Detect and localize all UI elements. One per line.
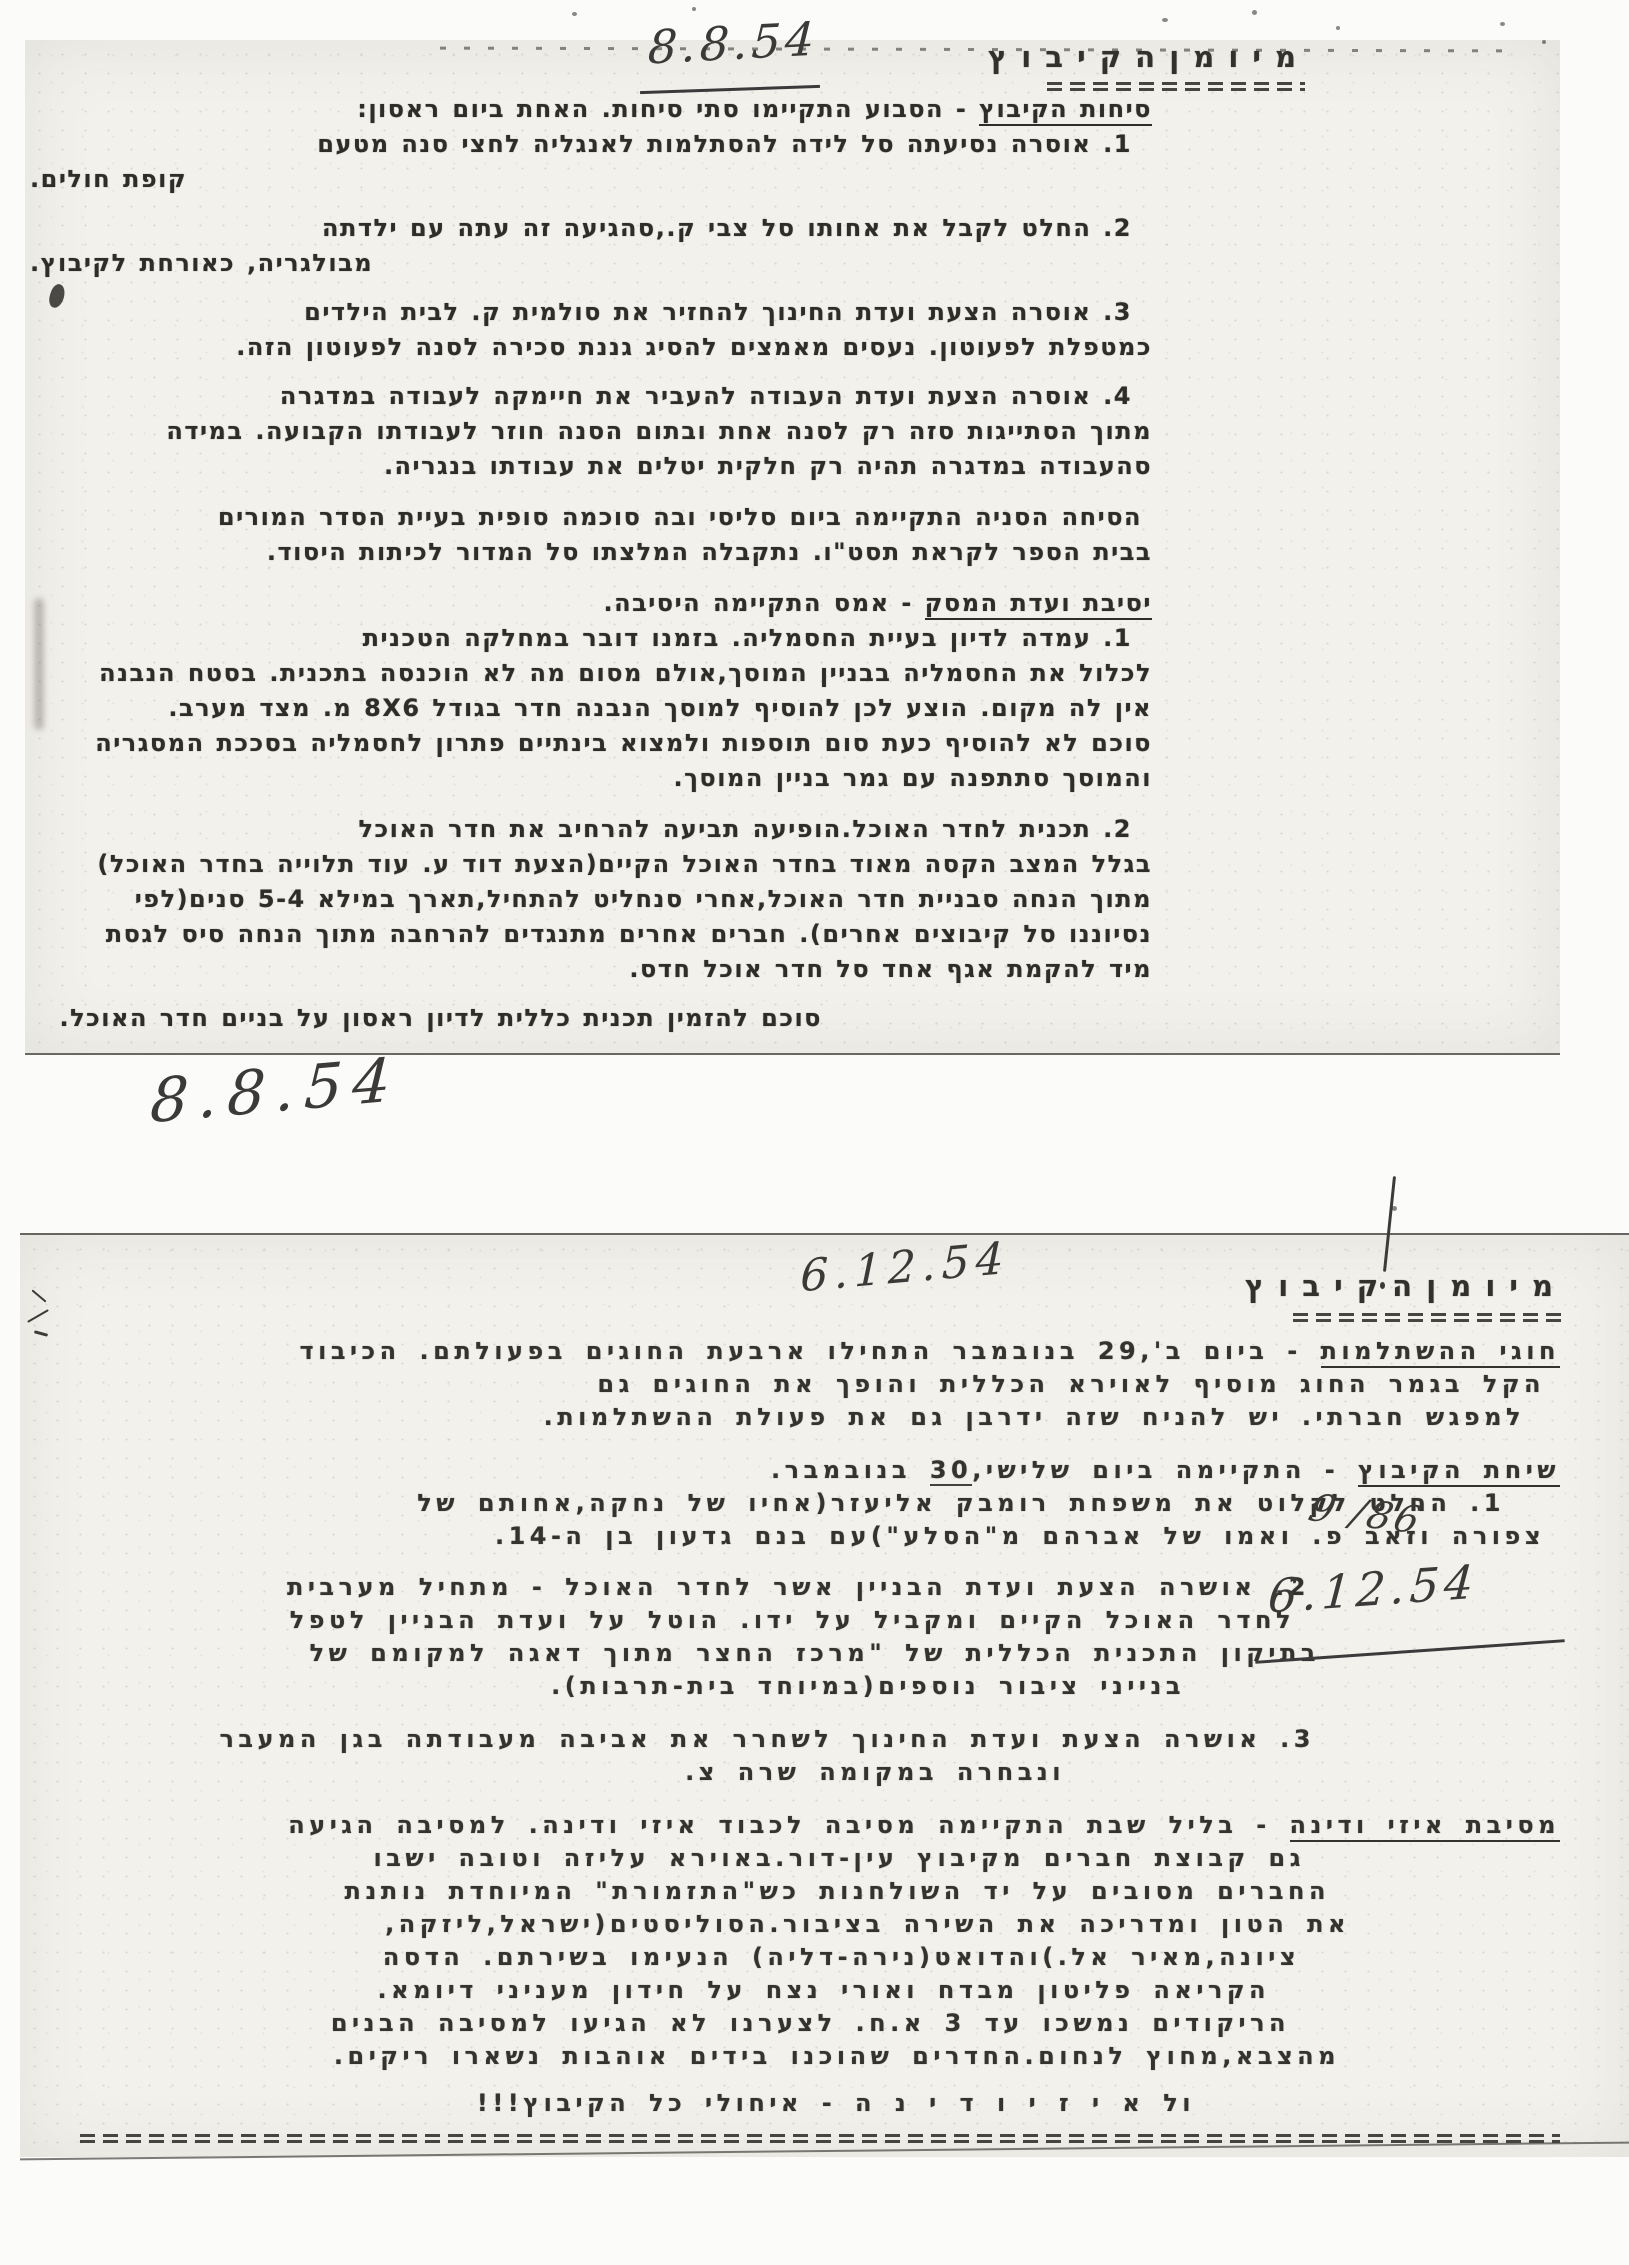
text-line: מהצבא,מחוץ לנחום.החדרים שהוכנו בידים אוה… (65, 2040, 1560, 2073)
text-segment: בתיקון התכנית הכללית של "מרכז החצר מתוך … (310, 1639, 1320, 1667)
text-segment: 1. אוסרה נסיעתה סל לידה להסתלמות לאנגליה… (317, 130, 1132, 158)
text-line: סוכם לא להוסיף כעת סום תוספות ולמצוא בינ… (30, 726, 1152, 761)
text-segment: - ביום ב',29 בנובמבר התחילו ארבעת החוגים… (300, 1337, 1321, 1365)
text-line: הקריאה פליטון מבדח ואורי נצח על חידון מע… (65, 1974, 1560, 2007)
text-line: 2. החלט לקבל את אחותו סל צבי ק.,סהגיעה ז… (30, 211, 1152, 246)
journal-title: מ י ו מ ן ה ק י ב ו ץ (1245, 1269, 1555, 1303)
text-line: לכלול את החסמליה בבניין המוסך,אולם מסום … (30, 656, 1152, 691)
text-line: 2. תכנית לחדר האוכל.הופיעה תביעה להרחיב … (30, 812, 1152, 847)
text-line: ונבחרה במקומה שרה צ. (65, 1756, 1560, 1789)
text-line: בגלל המצב הקסה מאוד בחדר האוכל הקיים(הצע… (30, 847, 1152, 882)
typed-text: חוגי ההשתלמות - ביום ב',29 בנובמבר התחיל… (65, 1335, 1560, 2144)
ink-speck (1162, 18, 1168, 22)
text-segment: 1. עמדה לדיון בעיית החסמליה. בזמנו דובר … (363, 624, 1132, 652)
text-segment: סהעבודה במדגרה תהיה רק חלקית יטלים את עב… (384, 452, 1152, 480)
text-line: הקל בגמר החוג מוסיף לאוירא הכללית והופך … (65, 1368, 1560, 1401)
text-segment: 2. אושרה הצעת ועדת הבניין אשר לחדר האוכל… (287, 1573, 1310, 1601)
ink-speck (1542, 40, 1546, 44)
text-segment: 3. אוסרה הצעת ועדת החינוך להחזיר את סולמ… (304, 298, 1132, 326)
text-line: מבולגריה, כאורחת לקיבוץ. (30, 246, 1152, 281)
text-segment: מתוך הנחה סבניית חדר האוכל,אחרי סנחליט ל… (135, 885, 1152, 913)
text-segment: סוכם לא להוסיף כעת סום תוספות ולמצוא בינ… (95, 729, 1152, 757)
section-heading: סיחות הקיבוץ (979, 95, 1152, 126)
text-segment: לחדר האוכל הקיים ומקביל על ידו. הוטל על … (290, 1606, 1295, 1634)
text-line: סהעבודה במדגרה תהיה רק חלקית יטלים את עב… (30, 449, 1152, 484)
scan-page-1: מ י ו מ ן ה ק י ב ו ץ סיחות הקיבוץ - הסב… (25, 40, 1560, 1055)
ink-smudge (34, 598, 44, 730)
text-line: אין לה מקום. הוצע לכן להוסיף למוסך הנבנה… (30, 691, 1152, 726)
text-segment: ול א י ז י ו ד י נ ה - איחולי כל הקיבוץ!… (477, 2089, 1195, 2117)
text-line: מתוך הנחה סבניית חדר האוכל,אחרי סנחליט ל… (30, 882, 1152, 917)
scanned-kibbutz-journal: { "block1": { "title": "מ י ו מ ן ה ק י … (0, 0, 1629, 2265)
text-line: ציונה,מאיר אל.)והדואט(נירה-דליה) הנעימו … (65, 1941, 1560, 1974)
text-line: 1. אוסרה נסיעתה סל לידה להסתלמות לאנגליה… (30, 127, 1152, 162)
text-line: חוגי ההשתלמות - ביום ב',29 בנובמבר התחיל… (65, 1335, 1560, 1368)
section-heading: חוגי ההשתלמות (1321, 1337, 1560, 1368)
text-segment: נסיוננו סל קיבוצים אחרים). חברים אחרים מ… (106, 920, 1152, 948)
text-line: 4. אוסרה הצעת ועדת העבודה להעביר את חיימ… (30, 379, 1152, 414)
text-line: נסיוננו סל קיבוצים אחרים). חברים אחרים מ… (30, 917, 1152, 952)
section-heading: מסיבת איזי ודינה (1290, 1811, 1560, 1842)
text-segment: הסיחה הסניה התקיימה ביום סליסי ובה סוכמה… (218, 503, 1142, 531)
text-line: כמטפלת לפעוטון. נעסים מאמצים להסיג גננת … (30, 330, 1152, 365)
end-divider (80, 2134, 1560, 2144)
text-segment: גם קבוצת חברים מקיבוץ עין-דור.באוירא עלי… (374, 1844, 1305, 1872)
text-segment: ציונה,מאיר אל.)והדואט(נירה-דליה) הנעימו … (383, 1943, 1300, 1971)
text-segment: לכלול את החסמליה בבניין המוסך,אולם מסום … (99, 659, 1152, 687)
text-segment: - אמס התקיימה היסיבה. (603, 589, 924, 617)
text-line: את הטון ומדריכה את השירה בציבור.הסוליסטי… (65, 1908, 1560, 1941)
text-segment: 3. אושרה הצעת ועדת החינוך לשחרר את אביבה… (219, 1725, 1315, 1753)
text-segment: הריקודים נמשכו עד 3 א.ח. לצערנו לא הגיעו… (331, 2009, 1290, 2037)
text-segment: והמוסך סתתפנה עם גמר בניין המוסך. (673, 764, 1152, 792)
double-dash-underline (1293, 1313, 1561, 1323)
ink-speck (1336, 26, 1340, 30)
text-line: סיחות הקיבוץ - הסבוע התקיימו סתי סיחות. … (30, 92, 1152, 127)
text-segment: 30 (930, 1456, 972, 1486)
typed-text: סיחות הקיבוץ - הסבוע התקיימו סתי סיחות. … (30, 92, 1152, 1036)
text-segment: בנייני ציבור נוספים(במיוחד בית-תרבות). (551, 1672, 1185, 1700)
text-segment: קופת חולים. (30, 165, 187, 193)
ink-speck (572, 12, 577, 16)
text-segment: - הסבוע התקיימו סתי סיחות. האחת ביום ראס… (357, 95, 979, 123)
ink-speck (1500, 22, 1505, 26)
double-dash-underline (1047, 82, 1305, 92)
text-segment: סוכם להזמין תכנית כללית לדיון ראסון על ב… (60, 1004, 822, 1032)
text-segment: בגלל המצב הקסה מאוד בחדר האוכל הקיים(הצע… (97, 850, 1152, 878)
text-line: בנייני ציבור נוספים(במיוחד בית-תרבות). (65, 1670, 1560, 1703)
text-segment: - התקיימה ביום שלישי, (972, 1456, 1358, 1484)
text-line: בתיקון התכנית הכללית של "מרכז החצר מתוך … (65, 1637, 1560, 1670)
text-line: הסיחה הסניה התקיימה ביום סליסי ובה סוכמה… (30, 500, 1152, 535)
text-line: החברים מסובים על יד השולחנות כש"התזמורת"… (65, 1875, 1560, 1908)
text-line: יסיבת ועדת המסק - אמס התקיימה היסיבה. (30, 586, 1152, 621)
text-segment: 2. החלט לקבל את אחותו סל צבי ק.,סהגיעה ז… (322, 214, 1132, 242)
text-line: 1. עמדה לדיון בעיית החסמליה. בזמנו דובר … (30, 621, 1152, 656)
text-line: הריקודים נמשכו עד 3 א.ח. לצערנו לא הגיעו… (65, 2007, 1560, 2040)
text-line: בבית הספר לקראת תסט"ו. נתקבלה המלצתו סל … (30, 535, 1152, 570)
text-segment: הקל בגמר החוג מוסיף לאוירא הכללית והופך … (597, 1370, 1545, 1398)
section-heading: יסיבת ועדת המסק (925, 589, 1152, 620)
text-line: סוכם להזמין תכנית כללית לדיון ראסון על ב… (30, 1001, 1152, 1036)
text-segment: למפגש חברתי. יש להניח שזה ידרבן גם את פע… (544, 1403, 1525, 1431)
text-line: 3. אושרה הצעת ועדת החינוך לשחרר את אביבה… (65, 1723, 1560, 1756)
text-segment: מהצבא,מחוץ לנחום.החדרים שהוכנו בידים אוה… (334, 2042, 1340, 2070)
ink-speck (1252, 10, 1257, 15)
text-segment: אין לה מקום. הוצע לכן להוסיף למוסך הנבנה… (168, 694, 1152, 722)
text-segment: בנובמבר. (771, 1456, 930, 1484)
text-segment: 2. תכנית לחדר האוכל.הופיעה תביעה להרחיב … (359, 815, 1132, 843)
text-line: 3. אוסרה הצעת ועדת החינוך להחזיר את סולמ… (30, 295, 1152, 330)
text-segment: מבולגריה, כאורחת לקיבוץ. (30, 249, 373, 277)
text-line: מיד להקמת אגף אחד סל חדר אוכל חדס. (30, 952, 1152, 987)
text-line: מתוך הסתייגות סזה רק לסנה אחת ובתום הסנה… (30, 414, 1152, 449)
text-line: שיחת הקיבוץ - התקיימה ביום שלישי,30 בנוב… (65, 1454, 1560, 1487)
text-segment: הקריאה פליטון מבדח ואורי נצח על חידון מע… (378, 1976, 1270, 2004)
text-segment: בבית הספר לקראת תסט"ו. נתקבלה המלצתו סל … (267, 538, 1152, 566)
text-line: ול א י ז י ו ד י נ ה - איחולי כל הקיבוץ!… (65, 2087, 1560, 2120)
ink-speck (1392, 1206, 1397, 1211)
text-segment: מיד להקמת אגף אחד סל חדר אוכל חדס. (629, 955, 1152, 983)
text-segment: ונבחרה במקומה שרה צ. (685, 1758, 1065, 1786)
text-line: למפגש חברתי. יש להניח שזה ידרבן גם את פע… (65, 1401, 1560, 1434)
text-line: קופת חולים. (30, 162, 1152, 197)
ink-speck (692, 7, 696, 11)
text-segment: את הטון ומדריכה את השירה בציבור.הסוליסטי… (385, 1910, 1350, 1938)
pen-stroke (1380, 1282, 1385, 1289)
section-heading: שיחת הקיבוץ (1358, 1456, 1560, 1487)
text-segment: מתוך הסתייגות סזה רק לסנה אחת ובתום הסנה… (166, 417, 1152, 445)
text-line: מסיבת איזי ודינה - בליל שבת התקיימה מסיב… (65, 1809, 1560, 1842)
text-segment: כמטפלת לפעוטון. נעסים מאמצים להסיג גננת … (236, 333, 1152, 361)
scan-page-2: מ י ו מ ן ה ק י ב ו ץ חוגי ההשתלמות - בי… (20, 1233, 1629, 2157)
text-line: והמוסך סתתפנה עם גמר בניין המוסך. (30, 761, 1152, 796)
text-line: גם קבוצת חברים מקיבוץ עין-דור.באוירא עלי… (65, 1842, 1560, 1875)
text-segment: החברים מסובים על יד השולחנות כש"התזמורת"… (345, 1877, 1330, 1905)
handwritten-date-top: 8.8.54 (647, 11, 820, 74)
text-segment: - בליל שבת התקיימה מסיבה לכבוד איזי ודינ… (288, 1811, 1289, 1839)
text-segment: 4. אוסרה הצעת ועדת העבודה להעביר את חיימ… (280, 382, 1132, 410)
handwritten-date-middle: 8.8.54 (149, 1045, 403, 1137)
journal-title: מ י ו מ ן ה ק י ב ו ץ (988, 40, 1298, 74)
